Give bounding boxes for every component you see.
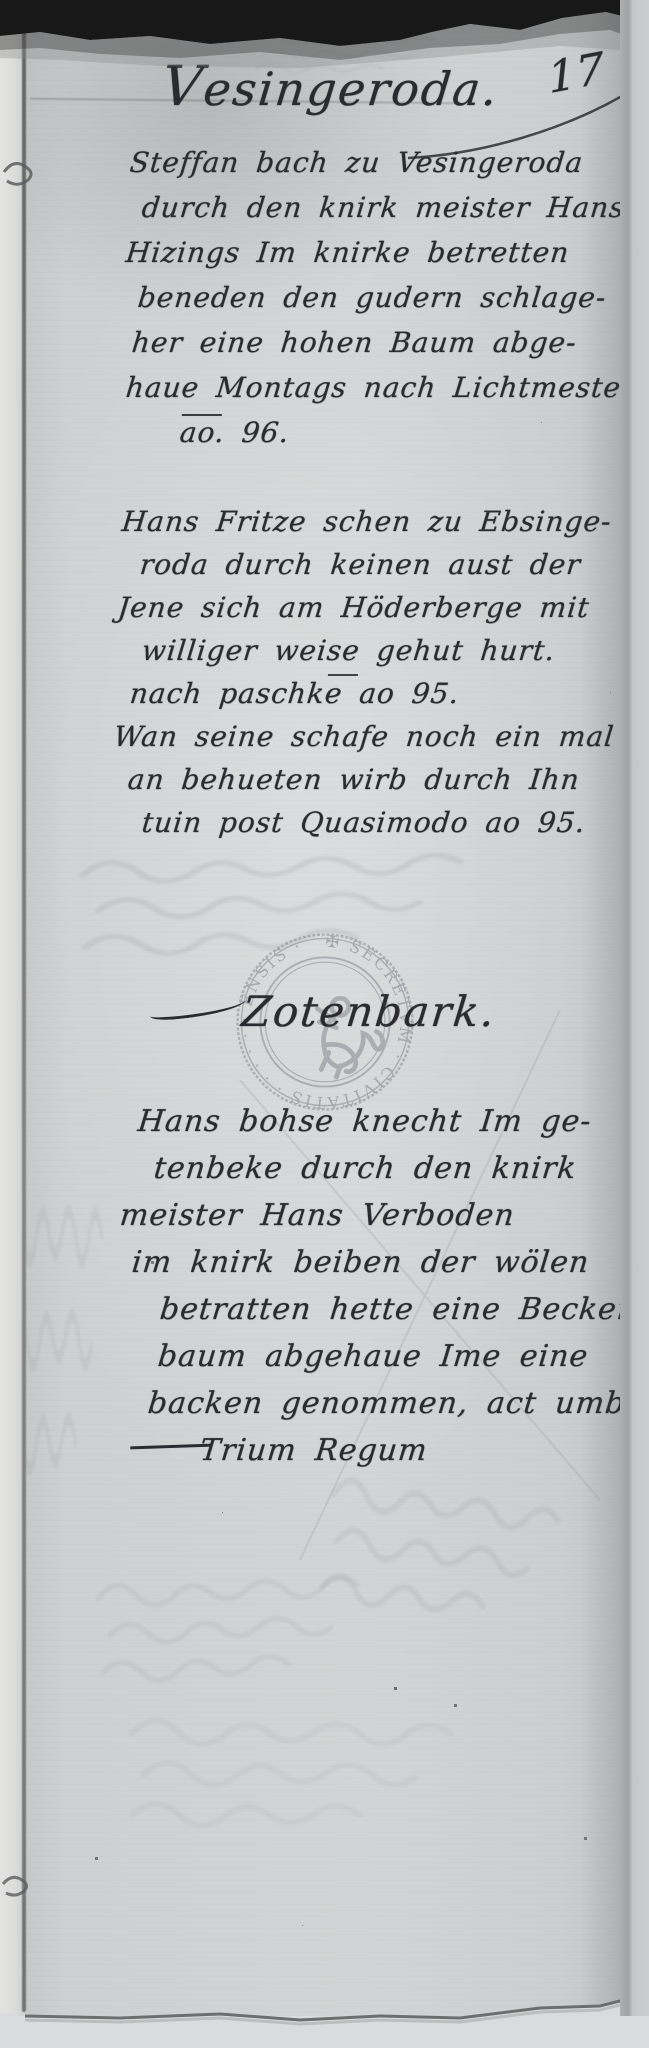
right-page-edge [620, 0, 649, 2016]
handwritten-line: haue Montags nach Lichtmeste [124, 365, 641, 410]
handwritten-line: Jene sich am Höderberge mit [116, 586, 635, 629]
handwritten-line: betratten hette eine Becken- [158, 1286, 635, 1333]
entry-block-1: Steffan bach zu Vesingerodadurch den kni… [118, 140, 638, 455]
bottom-page-edge [0, 1960, 649, 2048]
handwritten-line: Hans bohse knecht Im ge- [136, 1098, 635, 1145]
stitch-thread [0, 148, 36, 192]
handwritten-line: her eine hohen Baum abge- [130, 320, 641, 365]
handwritten-line: meister Hans Verboden [118, 1192, 635, 1239]
handwritten-line: nach paschke ao 95. [128, 672, 635, 715]
handwritten-line: durch den knirk meister Hans [140, 185, 641, 230]
handwritten-line: tenbeke durch den knirk [152, 1145, 635, 1192]
handwritten-line: Hizings Im knirke betretten [124, 230, 641, 275]
entry-lines: Hans Fritze schen zu Ebsinge-roda durch … [112, 500, 632, 844]
handwritten-line: roda durch keinen aust der [138, 543, 635, 586]
handwritten-line: Steffan bach zu Vesingeroda [128, 140, 641, 185]
manuscript-scan: ✠ SECRETVM · CIVITATIS · · · · · · ENSIS… [0, 0, 649, 2048]
entry-block-3: Hans bohse knecht Im ge-tenbeke durch de… [112, 1098, 632, 1474]
handwritten-line: Wan seine schafe noch ein mal [112, 715, 635, 758]
torn-top-edge [0, 0, 649, 120]
handwritten-line: ao. 96. [178, 410, 641, 455]
handwritten-line: Hans Fritze schen zu Ebsinge- [120, 500, 635, 543]
binding-fold-line [22, 8, 26, 2012]
handwritten-line: Trium Regum [198, 1427, 635, 1474]
handwritten-line: williger weise gehut hurt. [140, 629, 635, 672]
handwritten-line: im knirk beiben der wölen [130, 1239, 635, 1286]
handwritten-line: backen genommen, act umb [146, 1380, 635, 1427]
handwritten-line: an behueten wirb durch Ihn [126, 758, 635, 801]
entry-lines: Hans bohse knecht Im ge-tenbeke durch de… [112, 1098, 632, 1474]
handwritten-line: baum abgehaue Ime eine [156, 1333, 635, 1380]
entry-block-2: Hans Fritze schen zu Ebsinge-roda durch … [112, 500, 632, 844]
entry-lines: Steffan bach zu Vesingerodadurch den kni… [118, 140, 638, 455]
stitch-thread [0, 1864, 34, 1904]
handwritten-line: tuin post Quasimodo ao 95. [140, 801, 635, 844]
section-heading-zotenbark: Zotenbark. [147, 985, 499, 1039]
handwritten-line: beneden den gudern schlage- [136, 275, 641, 320]
